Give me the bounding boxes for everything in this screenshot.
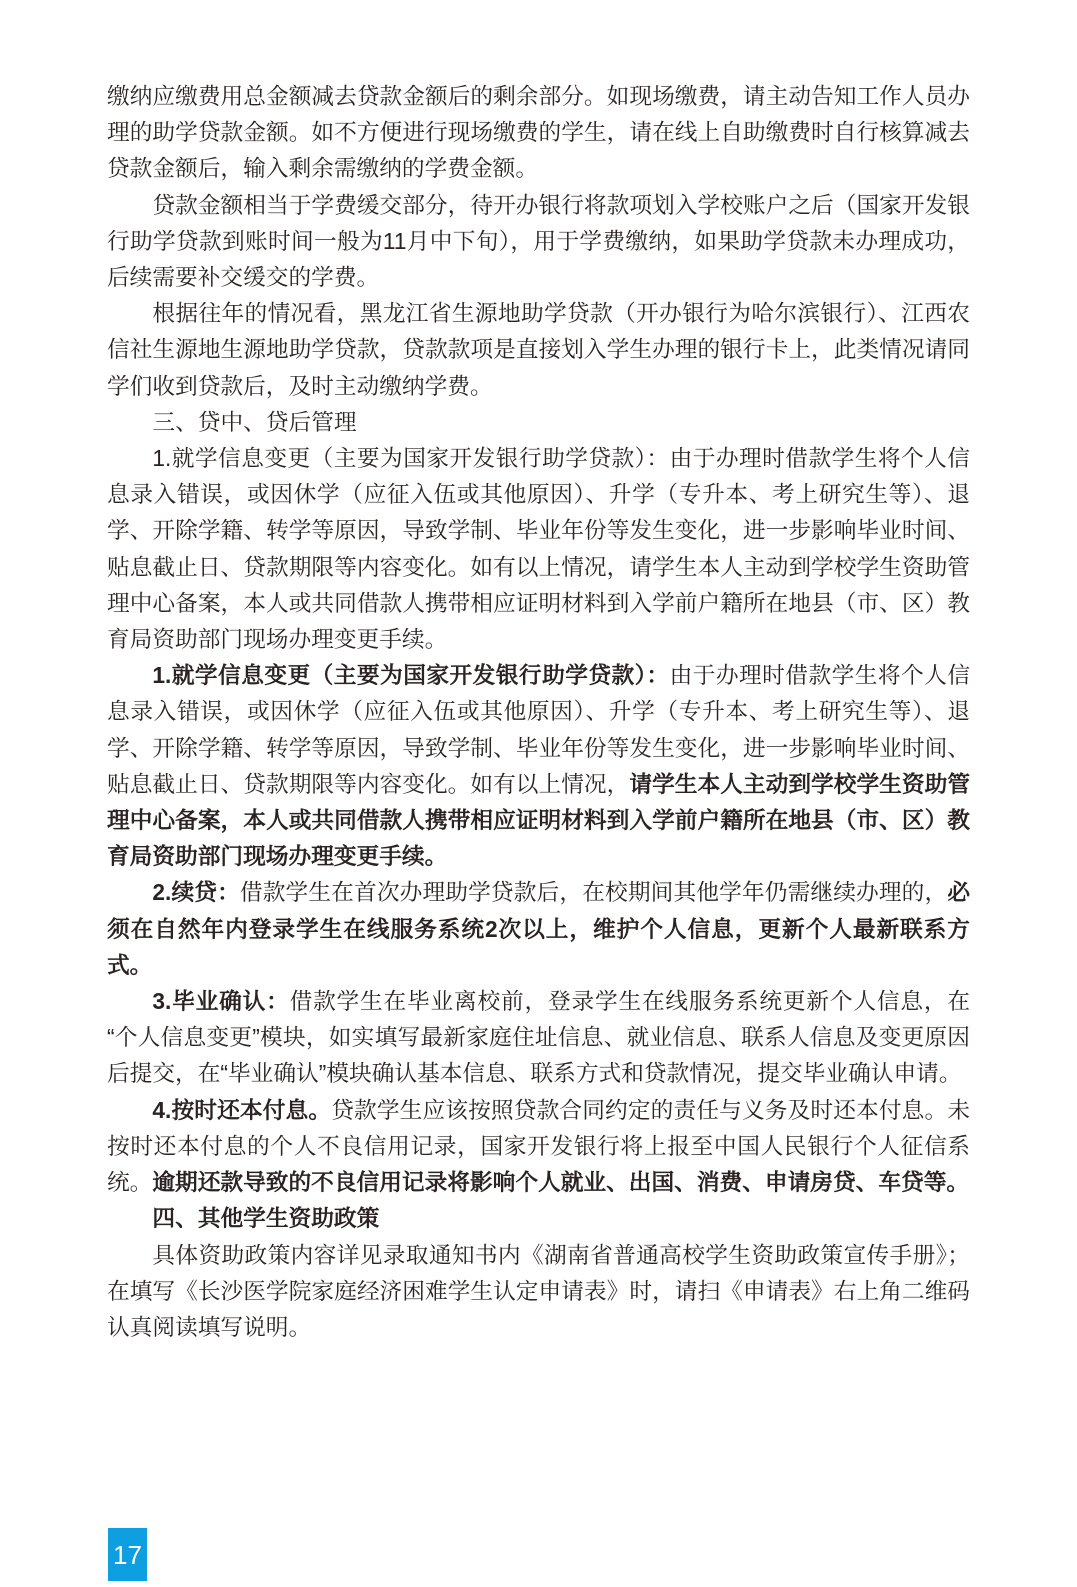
paragraph: 四、其他学生资助政策 — [107, 1200, 970, 1236]
text-run: 3.毕业确认： — [152, 988, 289, 1014]
paragraph: 三、贷中、贷后管理 — [107, 404, 970, 440]
document-page: 缴纳应缴费用总金额减去贷款金额后的剩余部分。如现场缴费，请主动告知工作人员办理的… — [0, 0, 1077, 1587]
paragraph: 缴纳应缴费用总金额减去贷款金额后的剩余部分。如现场缴费，请主动告知工作人员办理的… — [107, 78, 970, 187]
text-run: 具体资助政策内容详见录取通知书内《湖南省普通高校学生资助政策宣传手册》；在填写《… — [107, 1242, 970, 1340]
page-number: 17 — [113, 1542, 142, 1568]
paragraph: 2.续贷：借款学生在首次办理助学贷款后，在校期间其他学年仍需继续办理的，必须在自… — [107, 874, 970, 983]
paragraph: 3.毕业确认：借款学生在毕业离校前，登录学生在线服务系统更新个人信息，在“个人信… — [107, 983, 970, 1092]
paragraph: 贷款金额相当于学费缓交部分，待开办银行将款项划入学校账户之后（国家开发银行助学贷… — [107, 187, 970, 296]
paragraph: 4.按时还本付息。贷款学生应该按照贷款合同约定的责任与义务及时还本付息。未按时还… — [107, 1092, 970, 1201]
text-run: 三、贷中、贷后管理 — [152, 409, 356, 435]
paragraph: 1.就学信息变更（主要为国家开发银行助学贷款）：由于办理时借款学生将个人信息录入… — [107, 657, 970, 874]
paragraph: 1.就学信息变更（主要为国家开发银行助学贷款）：由于办理时借款学生将个人信息录入… — [107, 440, 970, 657]
text-run: 1.就学信息变更（主要为国家开发银行助学贷款）： — [152, 662, 669, 688]
paragraph: 根据往年的情况看，黑龙江省生源地助学贷款（开办银行为哈尔滨银行）、江西农信社生源… — [107, 295, 970, 404]
text-run: 贷款金额相当于学费缓交部分，待开办银行将款项划入学校账户之后（国家开发银行助学贷… — [107, 192, 970, 290]
paragraph: 具体资助政策内容详见录取通知书内《湖南省普通高校学生资助政策宣传手册》；在填写《… — [107, 1237, 970, 1346]
text-run: 1.就学信息变更（主要为国家开发银行助学贷款）：由于办理时借款学生将个人信息录入… — [107, 445, 970, 652]
text-run: 根据往年的情况看，黑龙江省生源地助学贷款（开办银行为哈尔滨银行）、江西农信社生源… — [107, 300, 970, 398]
text-run: 逾期还款导致的不良信用记录将影响个人就业、出国、消费、申请房贷、车贷等。 — [152, 1169, 969, 1195]
page-number-badge: 17 — [108, 1528, 147, 1581]
text-run: 借款学生在首次办理助学贷款后，在校期间其他学年仍需继续办理的， — [240, 879, 947, 905]
text-run: 4.按时还本付息。 — [152, 1097, 331, 1123]
document-body: 缴纳应缴费用总金额减去贷款金额后的剩余部分。如现场缴费，请主动告知工作人员办理的… — [107, 78, 970, 1345]
text-run: 四、其他学生资助政策 — [152, 1205, 379, 1231]
text-run: 2.续贷： — [152, 879, 240, 905]
text-run: 缴纳应缴费用总金额减去贷款金额后的剩余部分。如现场缴费，请主动告知工作人员办理的… — [107, 83, 970, 181]
